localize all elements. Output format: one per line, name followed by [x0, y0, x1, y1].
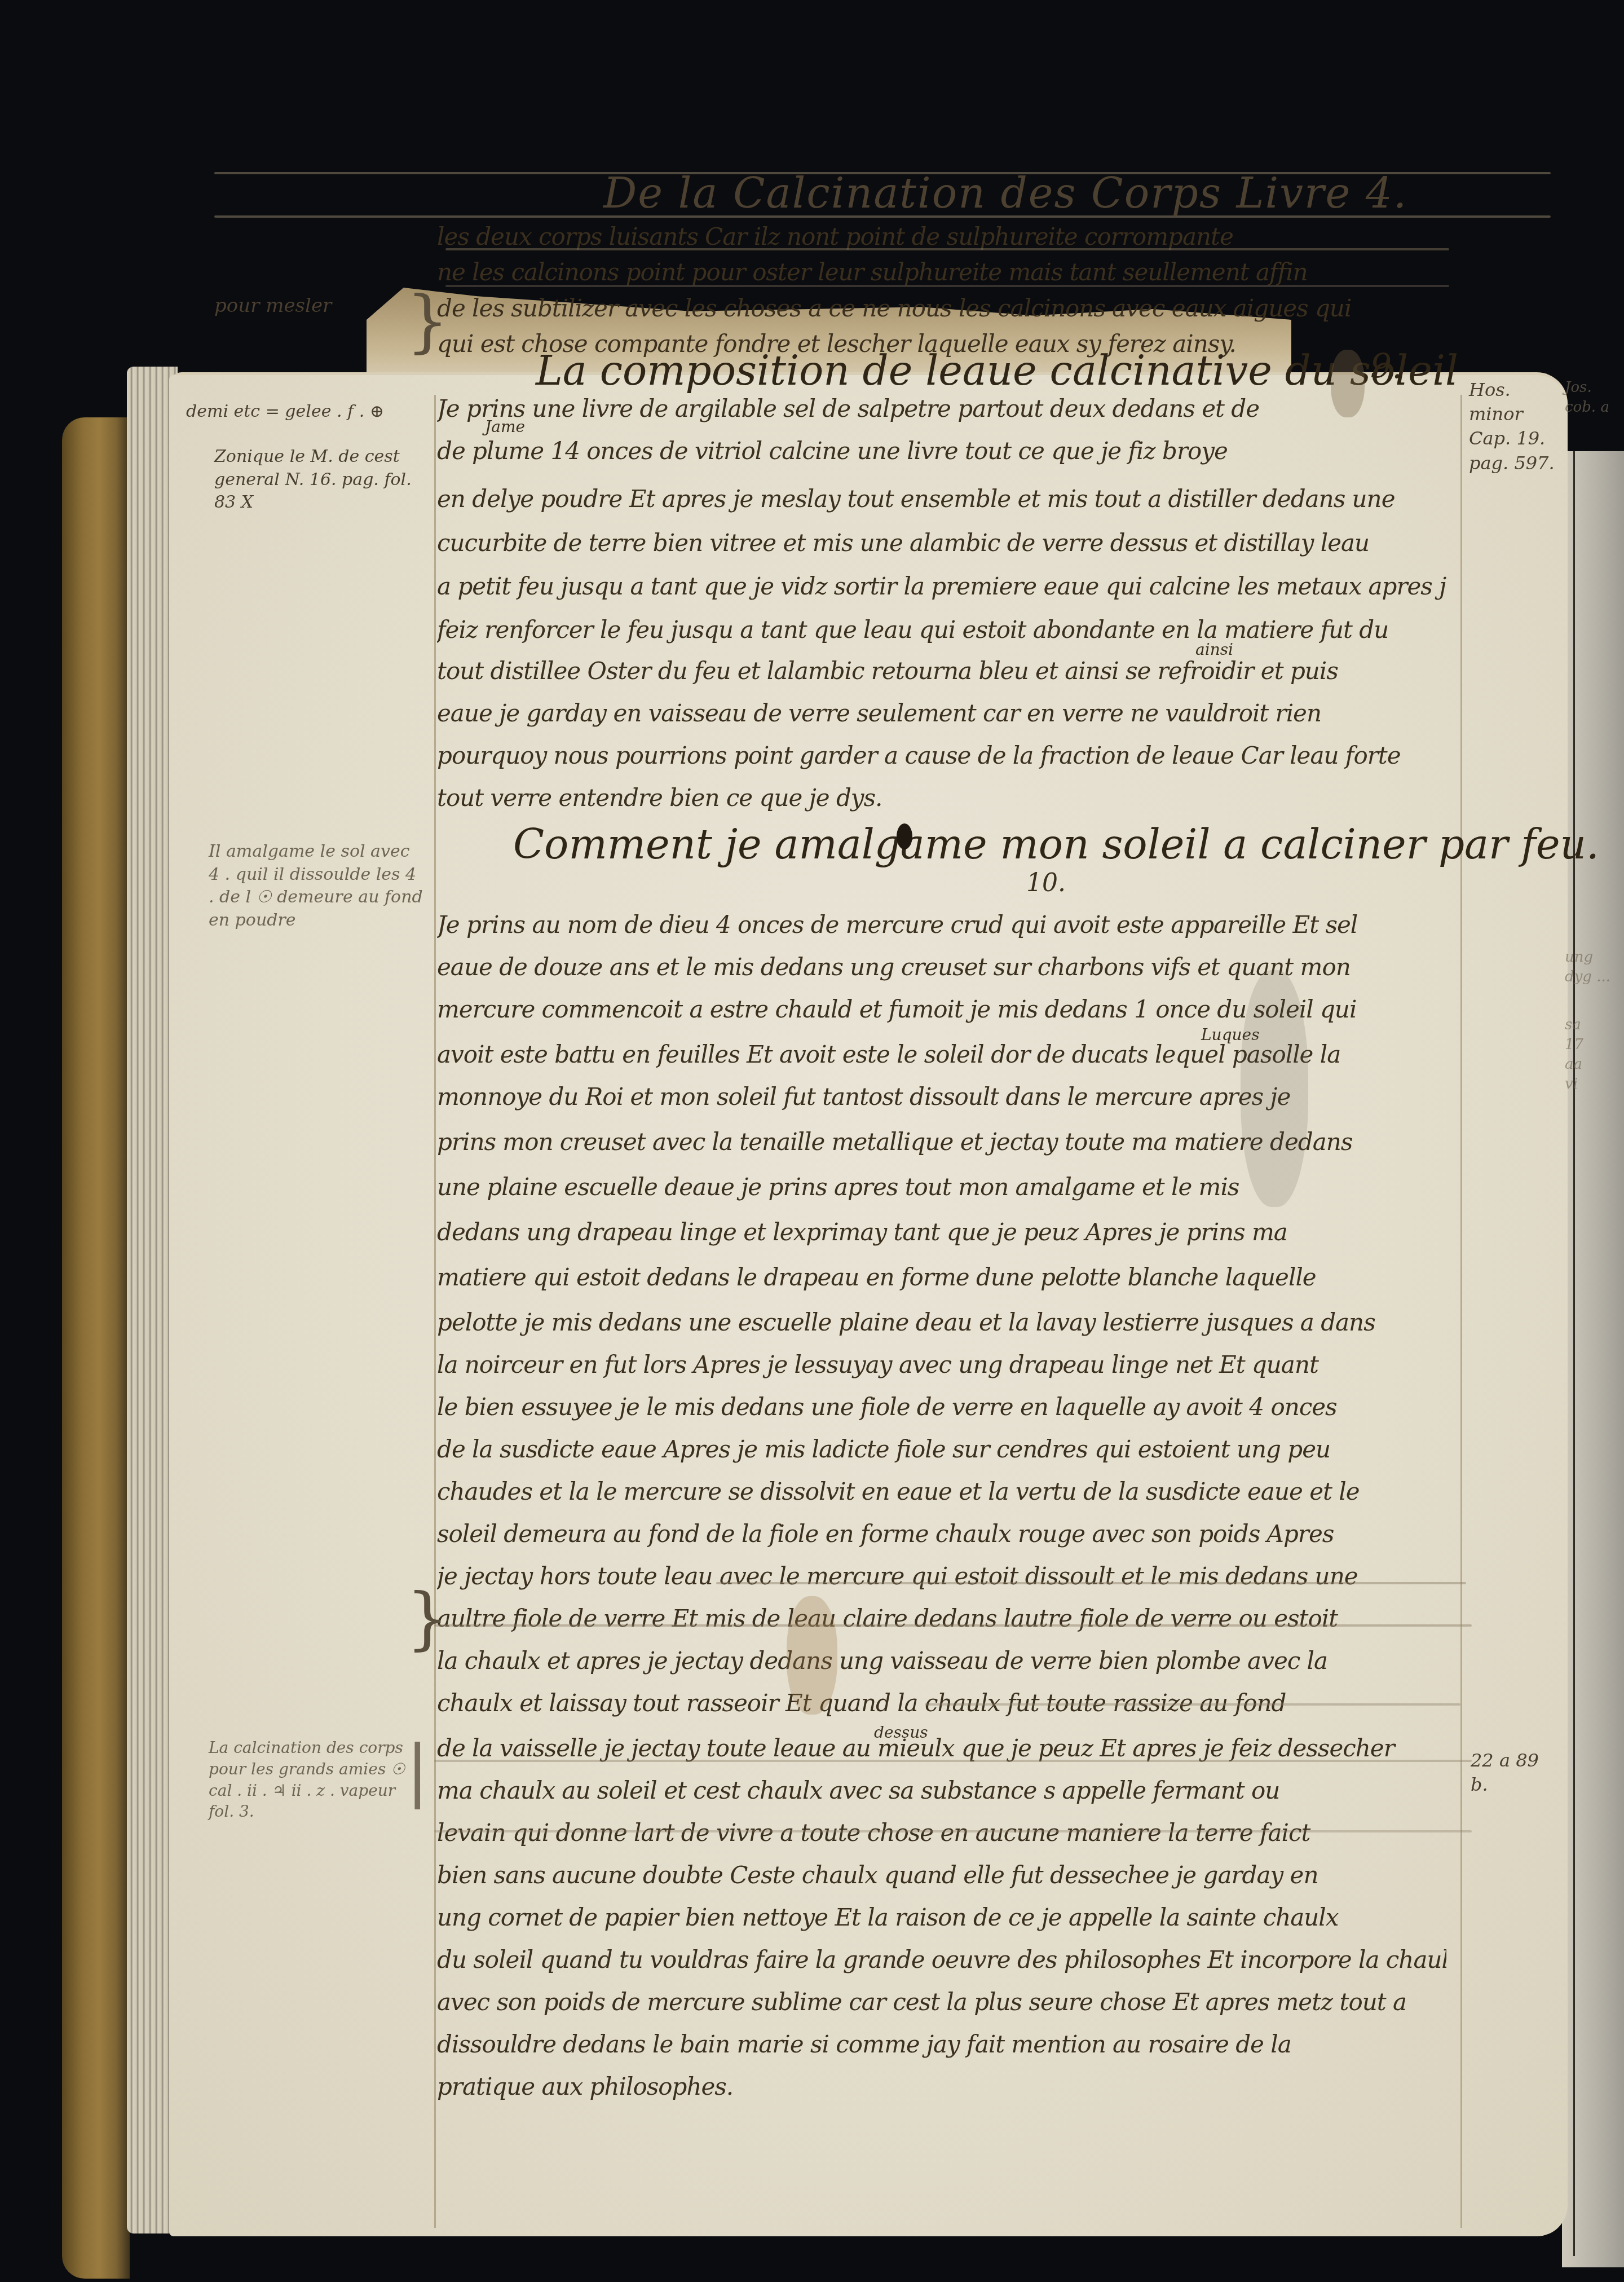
section-number: 9. — [1370, 347, 1402, 386]
text-line: dedans ung drapeau linge et lexprimay ta… — [437, 1218, 1446, 1246]
margin-note-left: demi etc = gelee . f . ⊕ — [186, 400, 400, 424]
text-line: de la vaisselle je jectay toute leaue au… — [437, 1734, 1446, 1762]
brace-mark: } — [406, 1579, 449, 1658]
strikethrough-line — [434, 1760, 1472, 1762]
supralinear-note: ainsi — [1195, 640, 1233, 659]
text-line: pourquoy nous pourrions point garder a c… — [437, 742, 1446, 769]
text-line: en delye poudre Et apres je meslay tout … — [437, 485, 1446, 513]
text-line: dissouldre dedans le bain marie si comme… — [437, 2030, 1446, 2058]
text-line: ma chaulx au soleil et cest chaulx avec … — [437, 1777, 1446, 1804]
strikethrough-line — [434, 1624, 1472, 1627]
facing-page-note: ung dyg ... — [1565, 948, 1624, 987]
facing-page-edge — [1562, 451, 1624, 2267]
text-line: Je prins au nom de dieu 4 onces de mercu… — [437, 911, 1446, 939]
text-line: pelotte je mis dedans une escuelle plain… — [437, 1309, 1446, 1336]
text-line: aultre fiole de verre Et mis de leau cla… — [437, 1605, 1446, 1632]
text-line: levain qui donne lart de vivre a toute c… — [437, 1819, 1446, 1847]
text-line: de la susdicte eaue Apres je mis ladicte… — [437, 1435, 1446, 1463]
strikethrough-line — [925, 1703, 1460, 1706]
brace-mark: | — [406, 1732, 429, 1810]
ink-stain — [787, 1596, 837, 1715]
left-margin-rule — [434, 395, 436, 2228]
text-line: a petit feu jusqu a tant que je vidz sor… — [437, 572, 1446, 600]
text-line: de les subtilizer avec les choses a ce n… — [437, 294, 1446, 322]
text-line: le bien essuyee je le mis dedans une fio… — [437, 1393, 1446, 1421]
text-line: chaudes et la le mercure se dissolvit en… — [437, 1478, 1446, 1505]
book-binding — [62, 417, 130, 2279]
margin-note-right: 22 a 89 b. — [1471, 1748, 1550, 1797]
text-line: cucurbite de terre bien vitree et mis un… — [437, 529, 1446, 557]
margin-note-right: Hos. minor Cap. 19. pag. 597. — [1469, 378, 1559, 475]
text-line: matiere qui estoit dedans le drapeau en … — [437, 1263, 1446, 1291]
text-line: les deux corps luisants Car ilz nont poi… — [437, 223, 1446, 250]
facing-page-note: sa 17 aa vi — [1565, 1015, 1599, 1094]
text-line: Je prins une livre de argilable sel de s… — [437, 395, 1446, 422]
facing-page-note: Jos. cob. a — [1565, 378, 1624, 417]
text-line: de plume 14 onces de vitriol calcine une… — [437, 437, 1446, 465]
ink-blot — [897, 823, 912, 849]
text-line: soleil demeura au fond de la fiole en fo… — [437, 1520, 1446, 1548]
text-line: ne les calcinons point pour oster leur s… — [437, 258, 1446, 286]
margin-note-left: Zonique le M. de cest general N. 16. pag… — [214, 446, 417, 514]
ink-stain — [1331, 350, 1365, 417]
text-line: la chaulx et apres je jectay dedans ung … — [437, 1647, 1446, 1675]
text-line: feiz renforcer le feu jusqu a tant que l… — [437, 616, 1446, 644]
gutter-line — [1573, 451, 1575, 2256]
supralinear-note: Jame — [485, 417, 525, 436]
strikethrough-line — [434, 1830, 1472, 1832]
ink-stain — [1241, 970, 1308, 1207]
text-line: la noirceur en fut lors Apres je lessuya… — [437, 1351, 1446, 1378]
text-line: tout verre entendre bien ce que je dys. — [437, 784, 1446, 812]
section-heading: La composition de leaue calcinative du s… — [536, 347, 1458, 394]
text-line: bien sans aucune doubte Ceste chaulx qua… — [437, 1861, 1446, 1889]
section-heading: Comment je amalgame mon soleil a calcine… — [513, 821, 1599, 868]
text-line: avec son poids de mercure sublime car ce… — [437, 1988, 1446, 2016]
running-title: De la Calcination des Corps Livre 4. — [603, 169, 1407, 218]
section-number: 10. — [1026, 869, 1066, 897]
right-margin-rule — [1460, 395, 1462, 2228]
text-line: je jectay hors toute leau avec le mercur… — [437, 1562, 1446, 1590]
text-line: pratique aux philosophes. — [437, 2073, 1446, 2100]
brace-mark: } — [406, 282, 449, 360]
text-line: ung cornet de papier bien nettoye Et la … — [437, 1904, 1446, 1931]
margin-note-left: Il amalgame le sol avec 4 . quil il diss… — [209, 840, 423, 932]
strikethrough-line — [445, 248, 1449, 250]
text-line: du soleil quand tu vouldras faire la gra… — [437, 1946, 1446, 1973]
strikethrough-line — [445, 285, 1449, 287]
strikethrough-line — [716, 1582, 1466, 1584]
text-line: eaue de douze ans et le mis dedans ung c… — [437, 953, 1446, 981]
margin-note-left: pour mesler — [214, 293, 400, 319]
text-line: eaue je garday en vaisseau de verre seul… — [437, 699, 1446, 727]
text-line: tout distillee Oster du feu et lalambic … — [437, 657, 1446, 685]
margin-note-left: La calcination des corps pour les grands… — [209, 1737, 423, 1822]
